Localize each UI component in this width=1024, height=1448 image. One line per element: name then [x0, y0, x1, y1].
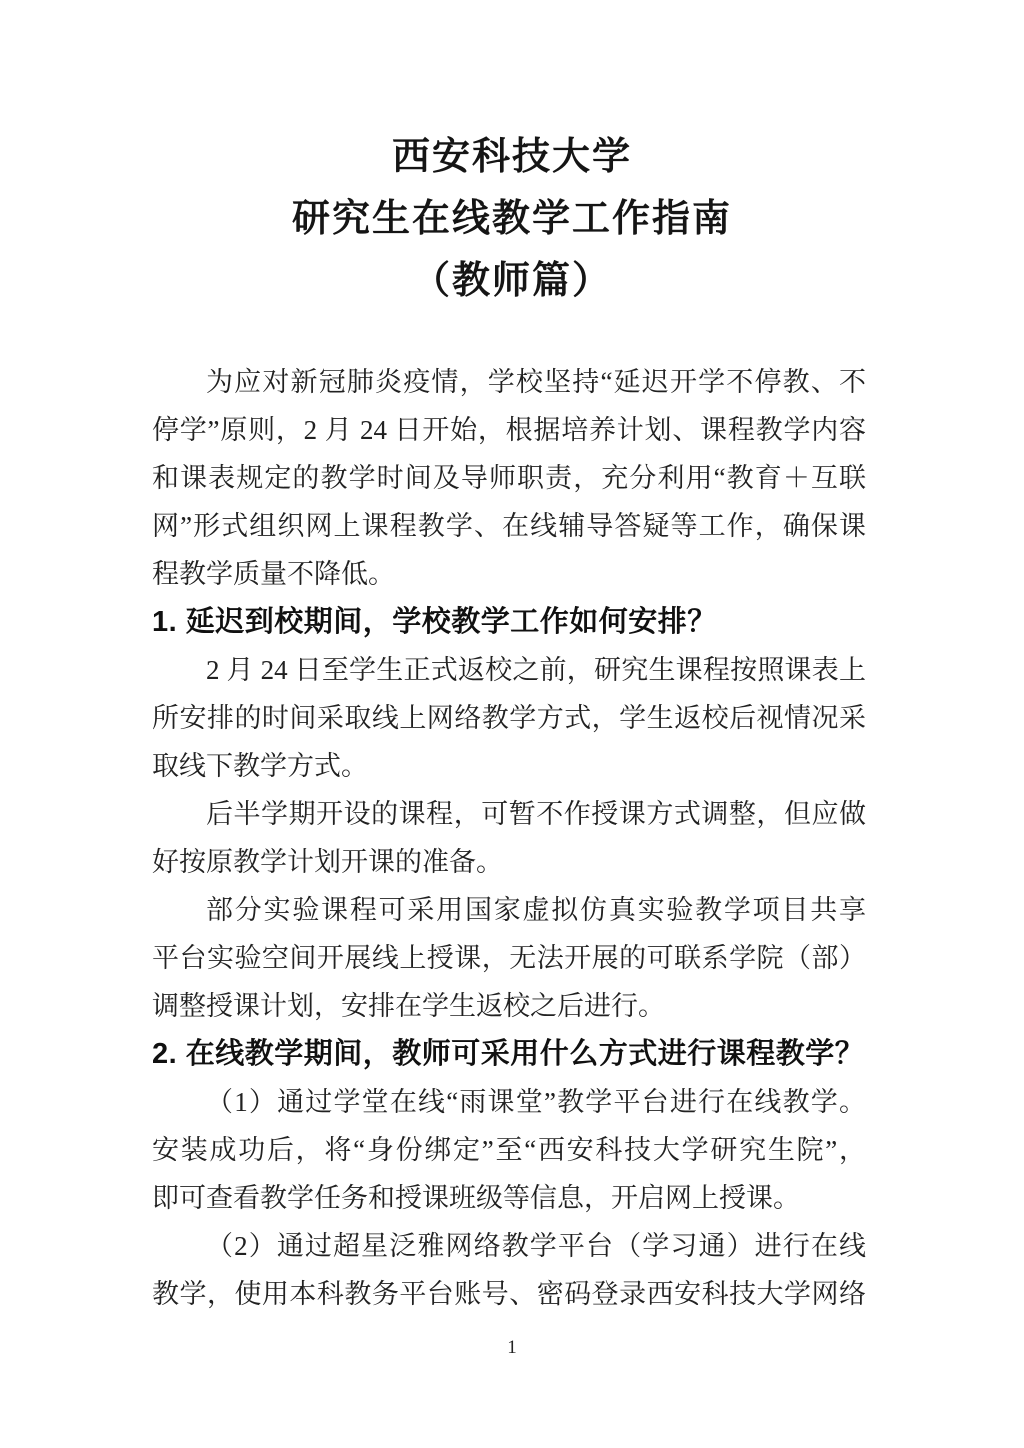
paragraph-line: 取线下教学方式。	[152, 742, 866, 790]
paragraph-line: 调整授课计划，安排在学生返校之后进行。	[152, 982, 866, 1030]
document-body: 为应对新冠肺炎疫情，学校坚持“延迟开学不停教、不停学”原则，2 月 24 日开始…	[152, 358, 866, 1318]
paragraph-line: 为应对新冠肺炎疫情，学校坚持“延迟开学不停教、不	[152, 358, 866, 406]
paragraph-line: 安装成功后，将“身份绑定”至“西安科技大学研究生院”，	[152, 1126, 866, 1174]
paragraph-line: 和课表规定的教学时间及导师职责，充分利用“教育＋互联	[152, 454, 866, 502]
paragraph-line: （1）通过学堂在线“雨课堂”教学平台进行在线教学。	[152, 1078, 866, 1126]
paragraph-line: 平台实验空间开展线上授课，无法开展的可联系学院（部）	[152, 934, 866, 982]
title-line-edition: （教师篇）	[0, 250, 1024, 312]
section-heading: 1. 延迟到校期间，学校教学工作如何安排？	[152, 598, 866, 646]
paragraph-line: 教学，使用本科教务平台账号、密码登录西安科技大学网络	[152, 1270, 866, 1318]
paragraph-line: 好按原教学计划开课的准备。	[152, 838, 866, 886]
paragraph-line: 部分实验课程可采用国家虚拟仿真实验教学项目共享	[152, 886, 866, 934]
paragraph-line: （2）通过超星泛雅网络教学平台（学习通）进行在线	[152, 1222, 866, 1270]
paragraph-line: 停学”原则，2 月 24 日开始，根据培养计划、课程教学内容	[152, 406, 866, 454]
paragraph-line: 所安排的时间采取线上网络教学方式，学生返校后视情况采	[152, 694, 866, 742]
paragraph-line: 网”形式组织网上课程教学、在线辅导答疑等工作，确保课	[152, 502, 866, 550]
paragraph-line: 即可查看教学任务和授课班级等信息，开启网上授课。	[152, 1174, 866, 1222]
title-line-guide: 研究生在线教学工作指南	[0, 188, 1024, 250]
document-page: 西安科技大学 研究生在线教学工作指南 （教师篇） 为应对新冠肺炎疫情，学校坚持“…	[0, 0, 1024, 1448]
section-heading: 2. 在线教学期间，教师可采用什么方式进行课程教学？	[152, 1030, 866, 1078]
page-number: 1	[0, 1334, 1024, 1362]
document-title: 西安科技大学 研究生在线教学工作指南 （教师篇）	[0, 126, 1024, 312]
paragraph-line: 程教学质量不降低。	[152, 550, 866, 598]
paragraph-line: 后半学期开设的课程，可暂不作授课方式调整，但应做	[152, 790, 866, 838]
title-line-university: 西安科技大学	[0, 126, 1024, 188]
paragraph-line: 2 月 24 日至学生正式返校之前，研究生课程按照课表上	[152, 646, 866, 694]
